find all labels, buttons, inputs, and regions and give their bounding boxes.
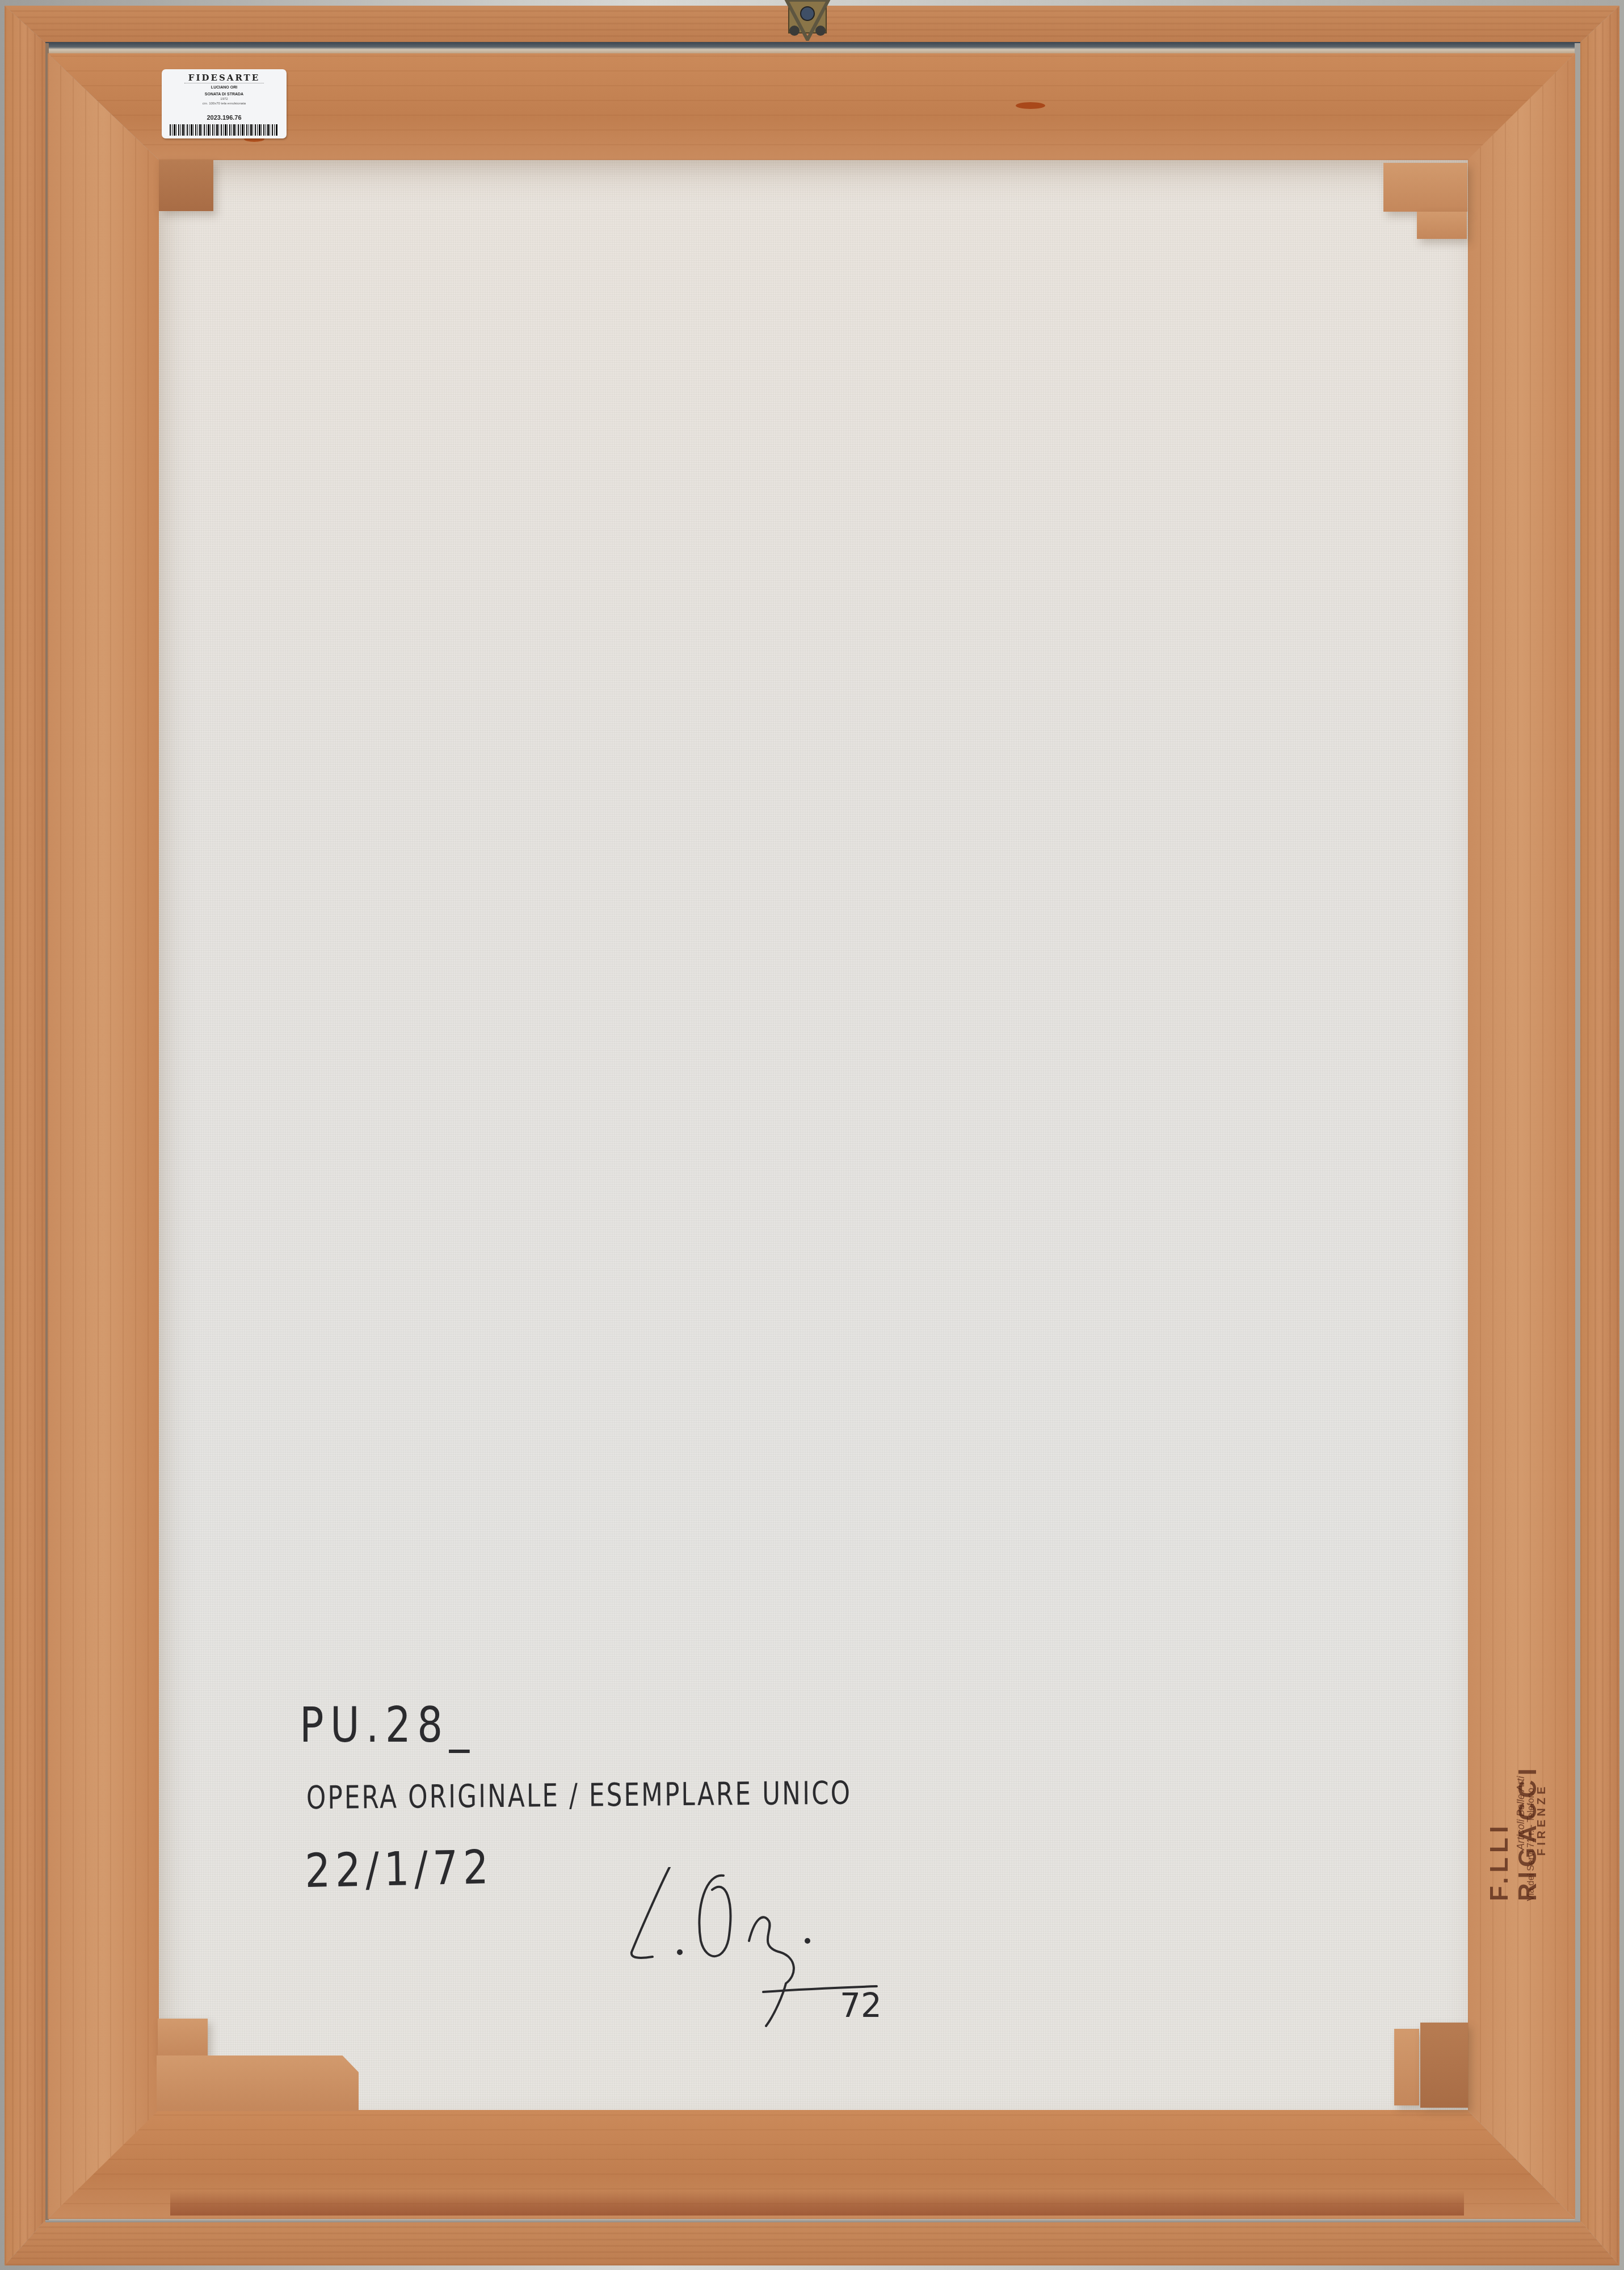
stamp-trade: Articoli Belle Arti [1515, 1776, 1527, 1850]
label-artist: LUCIANO ORI [162, 86, 287, 90]
frame-right-bar [1580, 6, 1619, 2265]
stretcher-left-bar [48, 53, 159, 2219]
framer-stamp: F.LLI RIGACCI Articoli Belle Arti Via de… [1486, 1702, 1546, 1901]
hanger-icon [783, 0, 832, 41]
label-brand: FIDESARTE [162, 73, 287, 83]
corner-key-bottom-right [1420, 2023, 1468, 2108]
barcode-icon [170, 124, 277, 136]
wood-stain [170, 2191, 1464, 2216]
stamp-city: FIRENZE [1535, 1783, 1549, 1856]
handwritten-code: PU.28_ [300, 1697, 476, 1754]
corner-key-top-right [1383, 163, 1467, 212]
corner-key-top-left [159, 160, 213, 211]
corner-key-bottom-left-small [158, 2019, 208, 2058]
label-dimensions: cm. 100x70 tela emulsionata [162, 102, 287, 106]
wood-knot [1016, 102, 1045, 109]
handwritten-note: OPERA ORIGINALE / ESEMPLARE UNICO [306, 1775, 852, 1817]
signature-year: 72 [840, 1986, 882, 2025]
label-title: SONATA DI STRADA [162, 93, 287, 96]
corner-key-bottom-right-small [1394, 2029, 1419, 2105]
handwritten-date: 22/1/72 [305, 1840, 494, 1898]
artist-signature [627, 1867, 933, 2032]
frame-left-bar [5, 6, 45, 2265]
canvas-back [159, 160, 1468, 2110]
corner-key-bottom-left [157, 2055, 359, 2111]
corner-key-top-right-small [1417, 212, 1467, 239]
inventory-label: FIDESARTE LUCIANO ORI SONATA DI STRADA 1… [162, 69, 287, 138]
label-year: 1972 [162, 98, 287, 101]
canvas-fold-top [45, 42, 1580, 54]
label-brand-subtitle [184, 83, 264, 85]
label-inventory-code: 2023.196.76 [162, 115, 287, 121]
frame-bottom-bar [5, 2220, 1619, 2265]
canvas-fold-right [1575, 43, 1580, 2220]
